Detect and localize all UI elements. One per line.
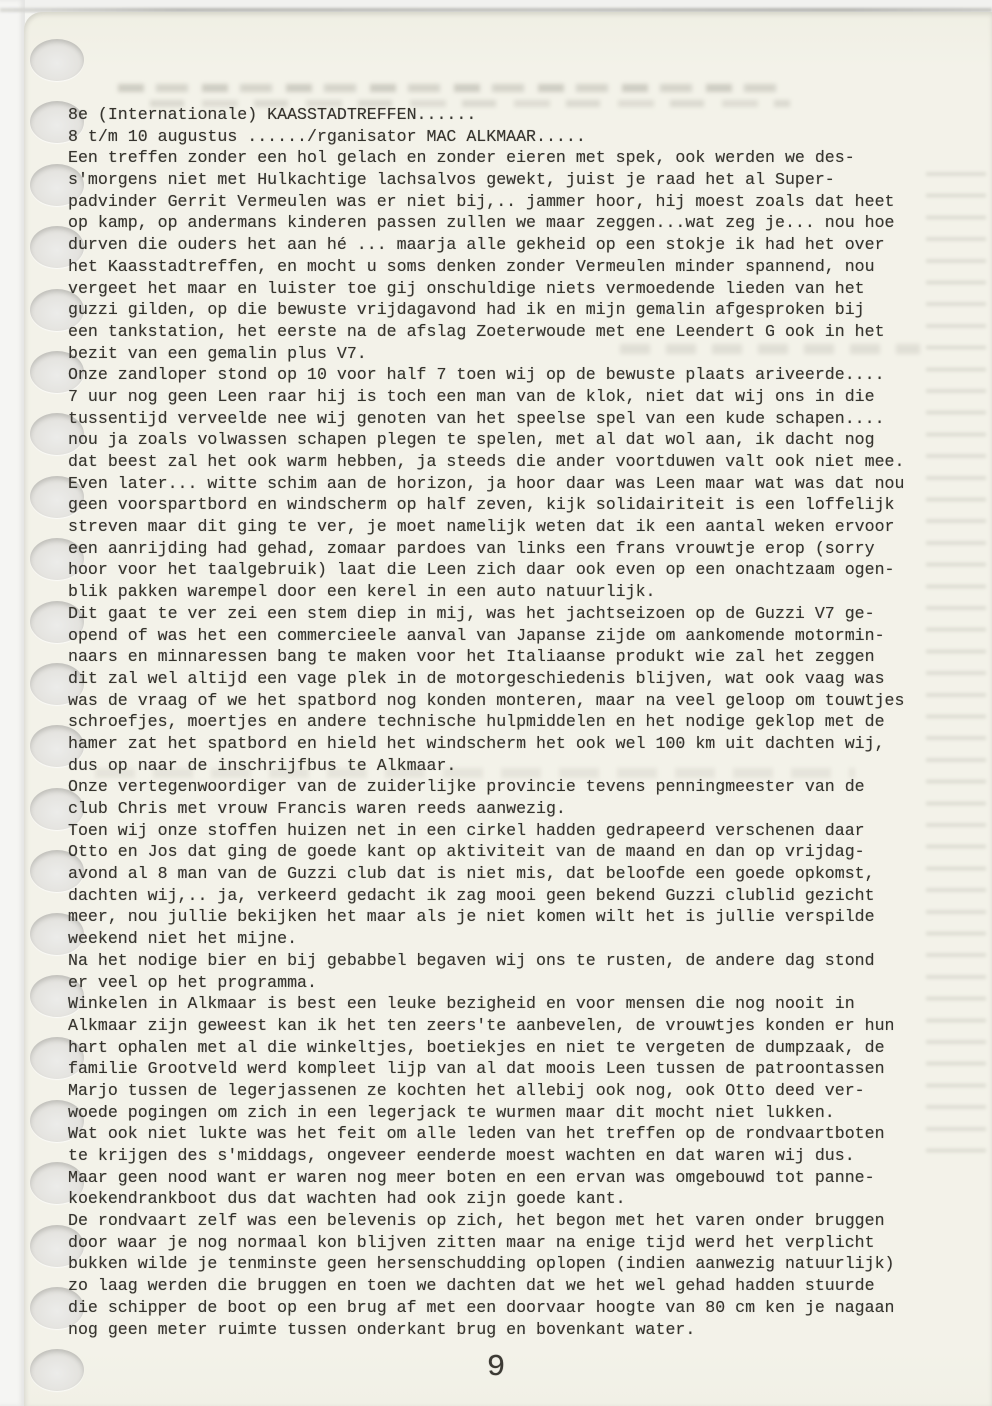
text-line: nog geen meter ruimte tussen onderkant b… — [68, 1319, 948, 1341]
text-line: Dit gaat te ver zei een stem diep in mij… — [68, 603, 948, 625]
text-line: Otto en Jos dat ging de goede kant op ak… — [68, 841, 948, 863]
text-line: Na het nodige bier en bij gebabbel begav… — [68, 950, 948, 972]
text-line: vergeet het maar en luister toe gij onsc… — [68, 278, 948, 300]
text-line: er veel op het programma. — [68, 972, 948, 994]
text-line: De rondvaart zelf was een belevenis op z… — [68, 1210, 948, 1232]
text-line: geen voorspartbord en windscherm op half… — [68, 494, 948, 516]
text-line: koekendrankboot dus dat wachten had ook … — [68, 1188, 948, 1210]
text-line: Toen wij onze stoffen huizen net in een … — [68, 820, 948, 842]
typewritten-text: 8e (Internationale) KAASSTADTREFFEN.....… — [68, 104, 948, 1340]
text-line: hoor voor het taalgebruik) laat die Leen… — [68, 559, 948, 581]
text-line: op kamp, op andermans kinderen passen zu… — [68, 212, 948, 234]
text-line: Onze zandloper stond op 10 voor half 7 t… — [68, 364, 948, 386]
text-line: tussentijd verveelde nee wij genoten van… — [68, 408, 948, 430]
text-line: door waar je nog normaal kon blijven zit… — [68, 1232, 948, 1254]
text-line: bukken wilde je tenminste geen hersensch… — [68, 1253, 948, 1275]
text-line: Alkmaar zijn geweest kan ik het ten zeer… — [68, 1015, 948, 1037]
text-line: zo laag werden die bruggen en toen we da… — [68, 1275, 948, 1297]
page-number: 9 — [0, 1350, 992, 1385]
text-line: familie Grootveld werd kompleet lijp van… — [68, 1058, 948, 1080]
text-line: hart ophalen met al die winkeltjes, boet… — [68, 1037, 948, 1059]
text-line: Wat ook niet lukte was het feit om alle … — [68, 1123, 948, 1145]
text-line: meer, nou jullie bekijken het maar als j… — [68, 906, 948, 928]
text-line: padvinder Gerrit Vermeulen was er niet b… — [68, 191, 948, 213]
text-line: schroefjes, moertjes en andere technisch… — [68, 711, 948, 733]
text-line: te krijgen des s'middags, ongeveer eende… — [68, 1145, 948, 1167]
text-line: een tankstation, het eerste na de afslag… — [68, 321, 948, 343]
text-line: 7 uur nog geen Leen raar hij is toch een… — [68, 386, 948, 408]
text-line: het Kaasstadtreffen, en mocht u soms den… — [68, 256, 948, 278]
text-line: weekend niet het mijne. — [68, 928, 948, 950]
text-line: dachten wij,.. ja, verkeerd gedacht ik z… — [68, 885, 948, 907]
text-line: durven die ouders het aan hé ... maarja … — [68, 234, 948, 256]
text-line: streven maar dit ging te ver, je moet na… — [68, 516, 948, 538]
text-line: s'morgens niet met Hulkachtige lachsalvo… — [68, 169, 948, 191]
text-line: Maar geen nood want er waren nog meer bo… — [68, 1167, 948, 1189]
text-line: dit zal wel altijd een vage plek in de m… — [68, 668, 948, 690]
text-line: Onze vertegenwoordiger van de zuiderlijk… — [68, 776, 948, 798]
text-line: bezit van een gemalin plus V7. — [68, 343, 948, 365]
text-line: dat beest zal het ook warm hebben, ja st… — [68, 451, 948, 473]
text-line: opend of was het een commercieele aanval… — [68, 625, 948, 647]
text-line: Een treffen zonder een hol gelach en zon… — [68, 147, 948, 169]
text-line: club Chris met vrouw Francis waren reeds… — [68, 798, 948, 820]
text-line: Marjo tussen de legerjassenen ze kochten… — [68, 1080, 948, 1102]
text-line: guzzi gilden, op die bewuste vrijdagavon… — [68, 299, 948, 321]
scanner-left-margin — [0, 0, 25, 1406]
text-line: dus op naar de inschrijfbus te Alkmaar. — [68, 755, 948, 777]
scanned-page: 8e (Internationale) KAASSTADTREFFEN.....… — [0, 0, 992, 1406]
text-line: Even later... witte schim aan de horizon… — [68, 473, 948, 495]
text-line: die schipper de boot op een brug af met … — [68, 1297, 948, 1319]
text-line: nou ja zoals volwassen schapen plegen te… — [68, 429, 948, 451]
text-line: hamer zat het spatbord en hield het wind… — [68, 733, 948, 755]
text-line: was de vraag of we het spatbord nog kond… — [68, 690, 948, 712]
text-line: blik pakken warempel door een kerel in e… — [68, 581, 948, 603]
text-line: een aanrijding had gehad, zomaar pardoes… — [68, 538, 948, 560]
punch-hole — [30, 39, 84, 81]
body-lines: Een treffen zonder een hol gelach en zon… — [68, 147, 948, 1340]
document-subtitle-line: 8 t/m 10 augustus ....../rganisator MAC … — [68, 126, 948, 148]
text-line: Winkelen in Alkmaar is best een leuke be… — [68, 993, 948, 1015]
text-line: naars en minnaressen bang te maken voor … — [68, 646, 948, 668]
text-line: woede pogingen om zich in een legerjack … — [68, 1102, 948, 1124]
document-title-line: 8e (Internationale) KAASSTADTREFFEN.....… — [68, 104, 948, 126]
text-line: avond al 8 man van de Guzzi club dat is … — [68, 863, 948, 885]
